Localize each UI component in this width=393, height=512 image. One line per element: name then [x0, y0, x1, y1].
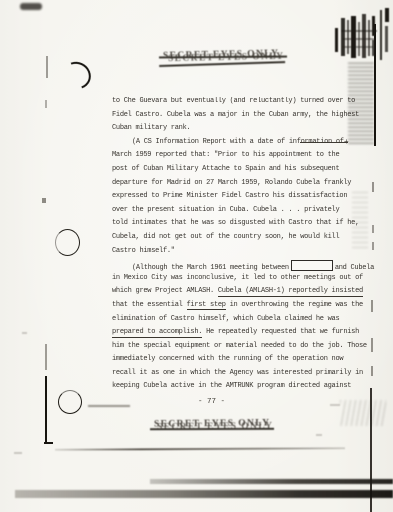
- document-line: (A CS Information Report with a date of …: [112, 138, 368, 152]
- margin-tick: [371, 338, 373, 352]
- margin-dash-line: [300, 142, 348, 143]
- text-segment: Cubela (AMLASH-1) reportedly insisted: [218, 287, 363, 297]
- document-line: March 1959 reported that: "Prior to his …: [112, 151, 368, 165]
- document-line: him the special equipment or material ne…: [112, 342, 368, 356]
- document-line: Fidel Castro. Cubela was a major in the …: [112, 111, 368, 125]
- text-segment: Fidel Castro. Cubela was a major in the …: [112, 111, 359, 119]
- smudge-band: [15, 490, 393, 498]
- corner-smudge: [20, 3, 42, 10]
- text-segment: keeping Cubela active in the AMTRUNK pro…: [112, 382, 351, 390]
- text-segment: prepared to accomplish.: [112, 328, 202, 338]
- margin-tick: [371, 300, 373, 312]
- margin-tick: [372, 225, 374, 233]
- pen-circle-mark-middle: [55, 229, 80, 256]
- document-line: (Although the March 1961 meeting between…: [112, 260, 368, 274]
- text-segment: (Although the March 1961 meeting between: [132, 264, 289, 272]
- top-classification-stamp: SECRET EYES ONLY SECRET EYES ONLY: [163, 49, 285, 65]
- document-line: told intimates that he was so disgusted …: [112, 219, 368, 233]
- pen-circle-mark-bottom: [58, 390, 82, 414]
- margin-tick: [372, 182, 374, 192]
- document-line: elimination of Castro himself, which Cub…: [112, 315, 368, 329]
- document-line: prepared to accomplish. He repeatedly re…: [112, 328, 368, 342]
- text-segment: first step: [187, 301, 226, 311]
- text-segment: over the present situation in Cuba. Cube…: [112, 206, 339, 214]
- scan-edge-line-left: [45, 376, 47, 443]
- text-segment: to Che Guevara but eventually (and reluc…: [112, 97, 355, 105]
- text-segment: that the essential: [112, 301, 187, 309]
- margin-tick: [46, 56, 48, 78]
- bottom-classification-stamp: SECRET EYES ONLY SECRET EYES ONLY: [154, 418, 274, 432]
- text-segment: March 1959 reported that: "Prior to his …: [112, 151, 339, 159]
- text-segment: in Mexico City was inconclusive, it led …: [112, 274, 363, 282]
- document-line: recall it as one in which the Agency was…: [112, 369, 368, 383]
- text-segment: told intimates that he was so disgusted …: [112, 219, 359, 227]
- text-segment: recall it as one in which the Agency was…: [112, 369, 363, 377]
- margin-tick: [42, 198, 46, 203]
- document-line: expressed to Prime Minister Fidel Castro…: [112, 192, 368, 206]
- document-line: post of Cuban Military Attache to Spain …: [112, 165, 368, 179]
- pencil-scribble: [340, 400, 386, 426]
- document-line: in Mexico City was inconclusive, it led …: [112, 274, 368, 288]
- text-segment: departure for Madrid on 27 March 1959, R…: [112, 179, 351, 187]
- speck: [316, 434, 322, 436]
- document-line: Cubela, did not get out of the country s…: [112, 233, 368, 247]
- text-segment: which grew Project AMLASH.: [112, 287, 218, 295]
- document-line: immediately concerned with the running o…: [112, 355, 368, 369]
- archive-stamp-block: [333, 6, 393, 64]
- rotated-stamp-smudge: [348, 62, 374, 144]
- smudge-line-small: [88, 405, 130, 407]
- margin-tick: [45, 344, 47, 370]
- text-segment: Cubela, did not get out of the country s…: [112, 233, 339, 241]
- document-line: Cuban military rank.: [112, 124, 368, 138]
- speck: [22, 332, 27, 334]
- redaction-box: [291, 260, 333, 271]
- document-line: Castro himself.": [112, 247, 368, 261]
- text-segment: Cuban military rank.: [112, 124, 190, 132]
- text-segment: elimination of Castro himself, which Cub…: [112, 315, 339, 323]
- page-number: - 77 -: [198, 398, 225, 406]
- pen-circle-mark-top: [58, 57, 95, 93]
- text-segment: post of Cuban Military Attache to Spain …: [112, 165, 339, 173]
- text-segment: in overthrowing the regime was the: [226, 301, 363, 309]
- speck: [14, 452, 22, 454]
- document-line: over the present situation in Cuba. Cube…: [112, 206, 368, 220]
- rotated-stamp-smudge-2: [352, 188, 368, 248]
- text-segment: Castro himself.": [112, 247, 175, 255]
- speck: [330, 404, 340, 406]
- scanned-document-page: SECRET EYES ONLY SECRET EYES ONLY to Che…: [0, 0, 393, 512]
- text-segment: and Cubela: [335, 264, 374, 272]
- document-line: departure for Madrid on 27 March 1959, R…: [112, 179, 368, 193]
- text-segment: expressed to Prime Minister Fidel Castro…: [112, 192, 347, 200]
- document-line: that the essential first step in overthr…: [112, 301, 368, 315]
- text-segment: him the special equipment or material ne…: [112, 342, 367, 350]
- scan-edge-line-foot: [44, 442, 53, 444]
- document-line: to Che Guevara but eventually (and reluc…: [112, 97, 368, 111]
- margin-tick: [45, 100, 47, 108]
- margin-tick: [372, 242, 374, 250]
- text-segment: immediately concerned with the running o…: [112, 355, 343, 363]
- text-segment: He repeatedly requested that we furnish: [202, 328, 359, 336]
- smudge-band: [150, 479, 393, 484]
- document-line: keeping Cubela active in the AMTRUNK pro…: [112, 382, 368, 396]
- document-line: which grew Project AMLASH. Cubela (AMLAS…: [112, 287, 368, 301]
- smudge-line: [55, 447, 345, 451]
- margin-tick: [371, 366, 373, 376]
